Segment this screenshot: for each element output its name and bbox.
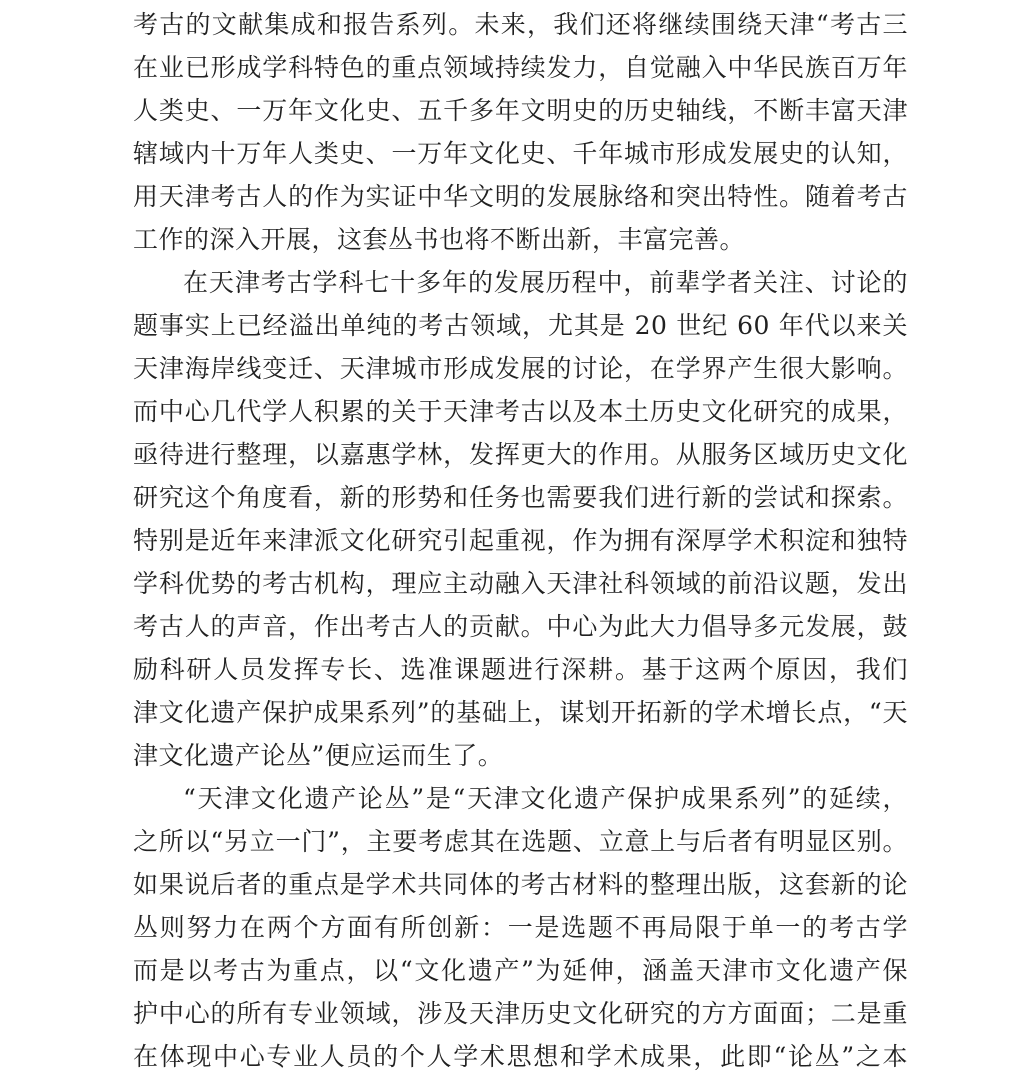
paragraph-2: 在天津考古学科七十多年的发展历程中，前辈学者关注、讨论的议 题事实上已经溢出单纯… xyxy=(133,261,908,777)
text-line: 人类史、一万年文化史、五千多年文明史的历史轴线，不断丰富天津 xyxy=(133,89,908,132)
text-line: 用天津考古人的作为实证中华文明的发展脉络和突出特性。随着考古 xyxy=(133,175,908,218)
text-line: 特别是近年来津派文化研究引起重视，作为拥有深厚学术积淀和独特 xyxy=(133,519,908,562)
text-line: 学科优势的考古机构，理应主动融入天津社科领域的前沿议题，发出 xyxy=(133,562,908,605)
text-line: 励科研人员发挥专长、选准课题进行深耕。基于这两个原因，我们在“天 xyxy=(133,648,908,691)
text-line: 津文化遗产论丛”便应运而生了。 xyxy=(133,734,908,777)
text-line: 研究这个角度看，新的形势和任务也需要我们进行新的尝试和探索。 xyxy=(133,476,908,519)
text-line: 考古的文献集成和报告系列。未来，我们还将继续围绕天津“考古三问”， xyxy=(133,3,908,46)
text-line: 在天津考古学科七十多年的发展历程中，前辈学者关注、讨论的议 xyxy=(133,261,908,304)
text-line: 工作的深入开展，这套丛书也将不断出新，丰富完善。 xyxy=(133,218,908,261)
text-line: 津文化遗产保护成果系列”的基础上，谋划开拓新的学术增长点，“天 xyxy=(133,691,908,734)
paragraph-1: 考古的文献集成和报告系列。未来，我们还将继续围绕天津“考古三问”， 在业已形成学… xyxy=(133,3,908,261)
text-line: 题事实上已经溢出单纯的考古领域，尤其是 20 世纪 60 年代以来关于 xyxy=(133,304,908,347)
text-line: 丛则努力在两个方面有所创新：一是选题不再局限于单一的考古学科， xyxy=(133,906,908,949)
text-line: 亟待进行整理，以嘉惠学林，发挥更大的作用。从服务区域历史文化 xyxy=(133,433,908,476)
document-page: 考古的文献集成和报告系列。未来，我们还将继续围绕天津“考古三问”， 在业已形成学… xyxy=(0,0,1036,1076)
text-line: 如果说后者的重点是学术共同体的考古材料的整理出版，这套新的论 xyxy=(133,863,908,906)
text-line: 考古人的声音，作出考古人的贡献。中心为此大力倡导多元发展，鼓 xyxy=(133,605,908,648)
text-line: 天津海岸线变迁、天津城市形成发展的讨论，在学界产生很大影响。 xyxy=(133,347,908,390)
text-line: 在体现中心专业人员的个人学术思想和学术成果，此即“论丛”之本意。 xyxy=(133,1035,908,1076)
text-line: “天津文化遗产论丛”是“天津文化遗产保护成果系列”的延续， xyxy=(133,777,908,820)
paragraph-3: “天津文化遗产论丛”是“天津文化遗产保护成果系列”的延续， 之所以“另立一门”，… xyxy=(133,777,908,1076)
text-line: 在业已形成学科特色的重点领域持续发力，自觉融入中华民族百万年 xyxy=(133,46,908,89)
text-line: 之所以“另立一门”，主要考虑其在选题、立意上与后者有明显区别。 xyxy=(133,820,908,863)
text-line: 而是以考古为重点，以“文化遗产”为延伸，涵盖天津市文化遗产保 xyxy=(133,949,908,992)
text-line: 辖域内十万年人类史、一万年文化史、千年城市形成发展史的认知， xyxy=(133,132,908,175)
text-line: 而中心几代学人积累的关于天津考古以及本土历史文化研究的成果， xyxy=(133,390,908,433)
text-line: 护中心的所有专业领域，涉及天津历史文化研究的方方面面；二是重 xyxy=(133,992,908,1035)
